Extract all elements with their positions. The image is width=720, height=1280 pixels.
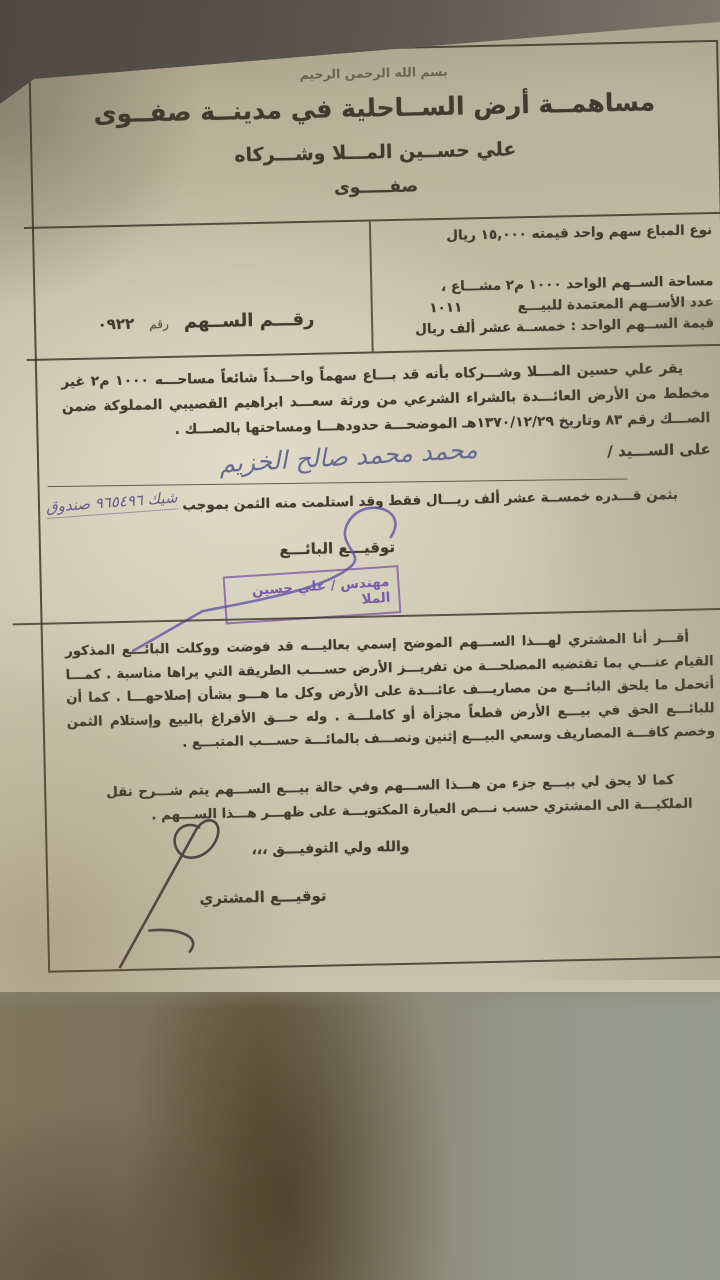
lighting-shadow-right <box>520 300 720 980</box>
lighting-shadow-left <box>0 600 300 1020</box>
paper-sheet: بسم الله الرحمن الرحيم مساهمــة أرض السـ… <box>0 0 720 1280</box>
photo-background: { "colors":{ "background":"#56524a","pap… <box>0 0 720 1280</box>
table-divider <box>369 221 374 351</box>
share-type-line: نوع المباع سهم واحد قيمته ١٥,٠٠٠ ريال <box>384 220 712 248</box>
paper-fold-shadow <box>0 992 720 1280</box>
share-count-value: ١٠١١ <box>429 300 462 317</box>
lighting-shadow-topleft <box>0 60 220 320</box>
buyer-name-handwriting: محمد محمد صالح الخزيم <box>218 435 478 479</box>
